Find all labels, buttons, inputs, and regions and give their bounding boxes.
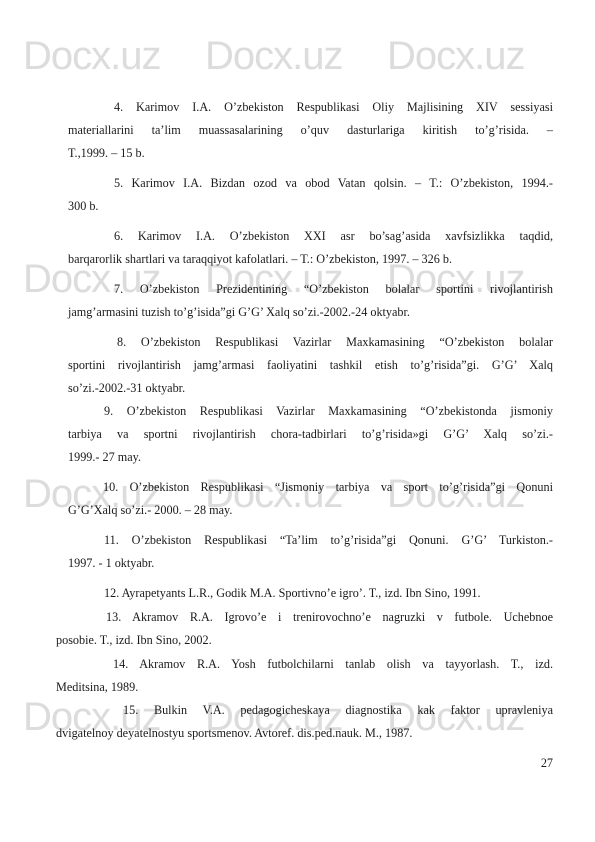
reference-line: dvigatelnoy deyatelnostyu sportsmenov. A…	[56, 725, 412, 741]
reference-item-15: 15. Bulkin V.A. pedagogicheskaya diagnos…	[0, 0, 595, 842]
document-page: Docx.uz Docx.uz Docx.uz Docx.uz Docx.uz …	[0, 0, 595, 842]
reference-line: 15. Bulkin V.A. pedagogicheskaya diagnos…	[123, 702, 553, 718]
page-number: 27	[520, 755, 553, 771]
